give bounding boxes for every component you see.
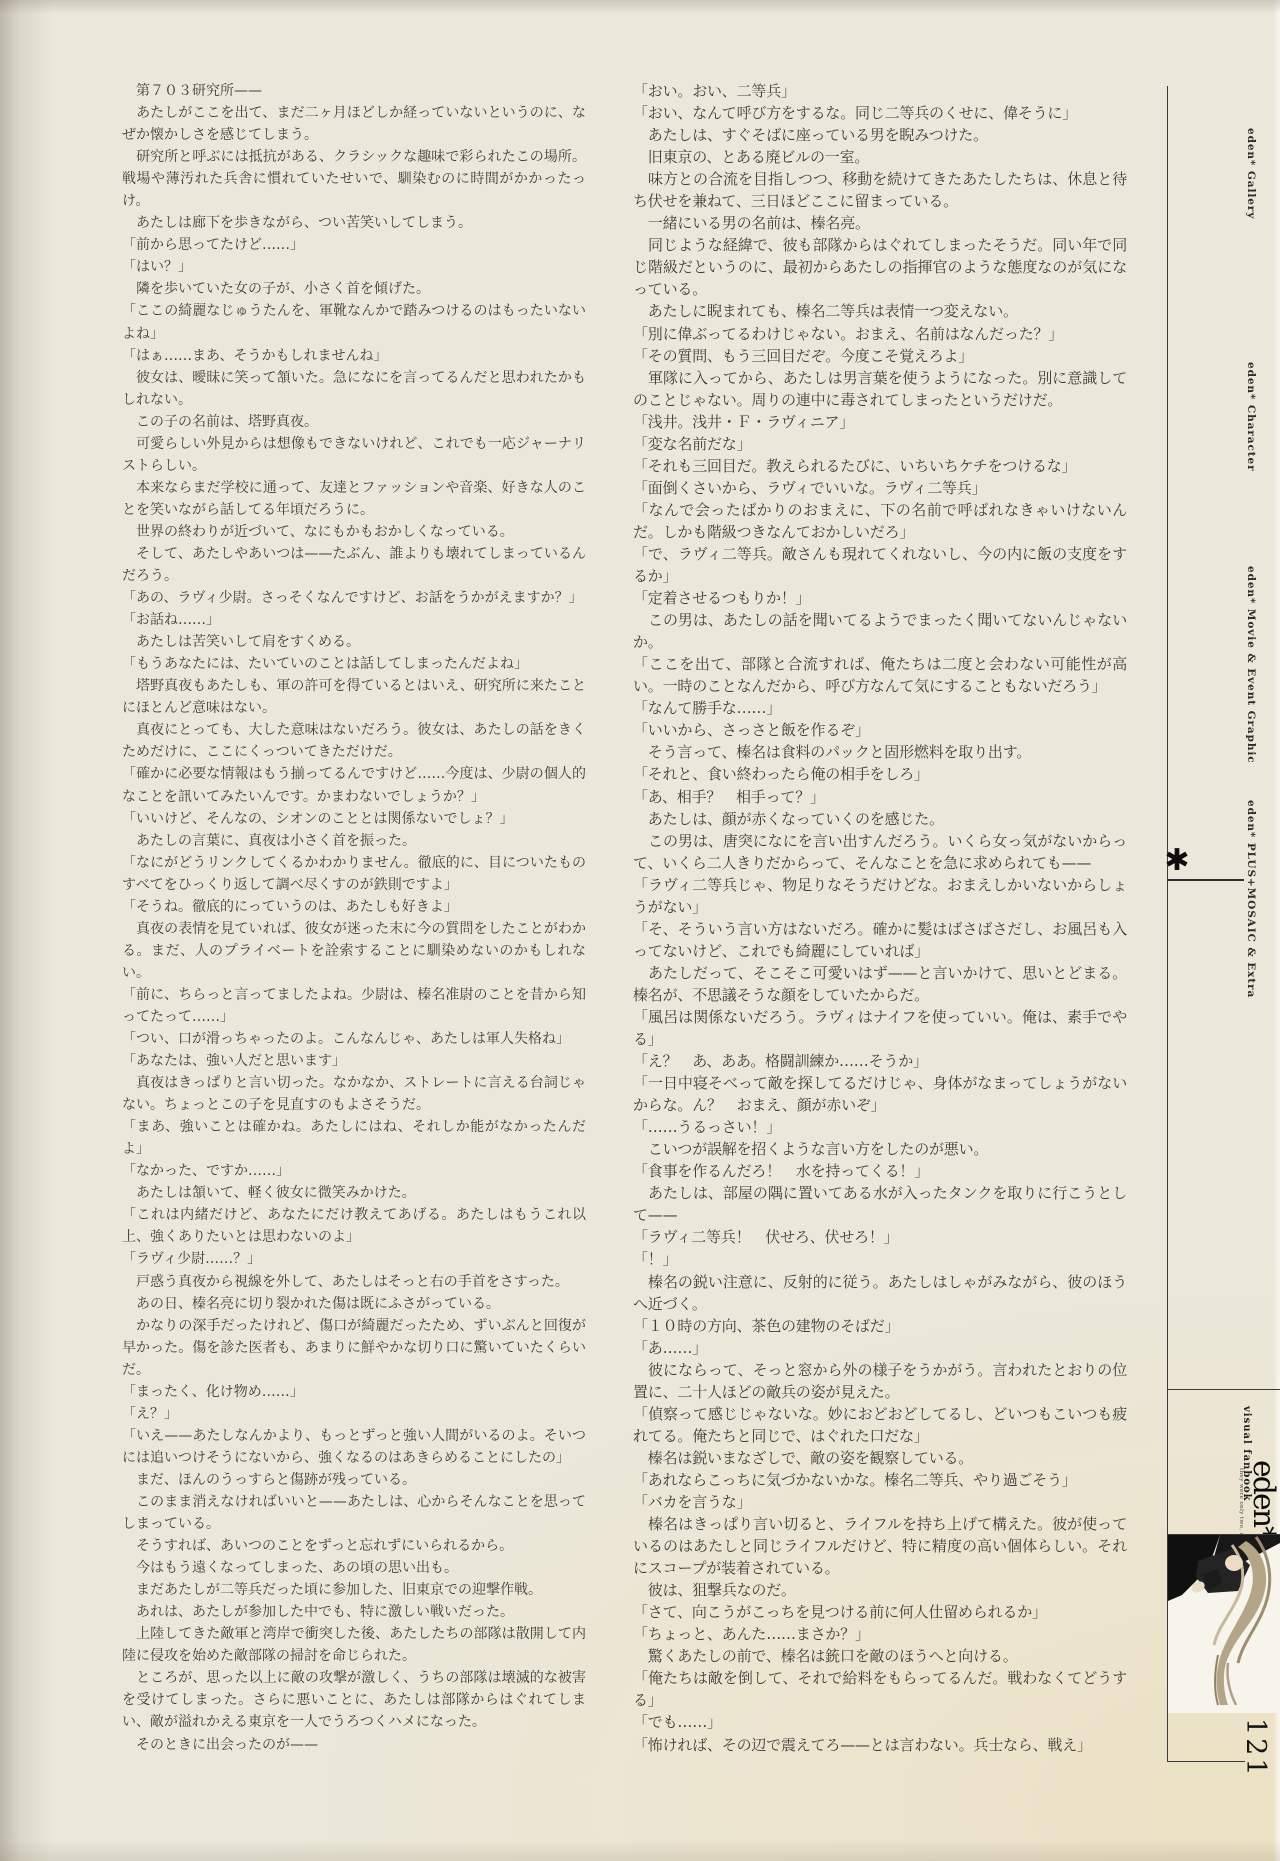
story-paragraph: そうすれば、あいつのことをずっと忘れずにいられるから。 bbox=[122, 1535, 586, 1557]
story-paragraph: あたしの言葉に、真夜は小さく首を振った。 bbox=[122, 830, 586, 852]
story-paragraph: かなりの深手だったけれど、傷口が綺麗だったため、ずいぶんと回復が早かった。傷を診… bbox=[122, 1315, 586, 1381]
story-paragraph: 旧東京の、とある廃ビルの一室。 bbox=[633, 146, 1127, 168]
story-paragraph: 「１０時の方向、茶色の建物のそばだ」 bbox=[633, 1315, 1127, 1337]
story-paragraph: あの日、榛名亮に切り裂かれた傷は既にふさがっている。 bbox=[122, 1293, 586, 1315]
story-paragraph: 隣を歩いていた女の子が、小さく首を傾げた。 bbox=[122, 278, 586, 300]
story-paragraph: 味方との合流を目指しつつ、移動を続けてきたあたしたちは、休息と待ち伏せを兼ねて、… bbox=[633, 168, 1127, 212]
story-paragraph: この子の名前は、塔野真夜。 bbox=[122, 411, 586, 433]
story-paragraph: 「ちょっと、あんた……まさか？」 bbox=[633, 1623, 1127, 1645]
story-paragraph: 「そ、そういう言い方はないだろ。確かに髪はばさばさだし、お風呂も入ってないけど、… bbox=[633, 918, 1127, 962]
sidebar-section-label: eden* Gallery bbox=[1245, 128, 1257, 219]
story-paragraph: 軍隊に入ってから、あたしは男言葉を使うようになった。別に意識してのことじゃない。… bbox=[633, 367, 1127, 411]
story-paragraph: 「あ……」 bbox=[633, 1337, 1127, 1359]
story-paragraph: 「まあ、強いことは確かね。あたしにはね、それしか能がなかったんだよ」 bbox=[122, 1116, 586, 1160]
story-paragraph: 「いいけど、そんなの、シオンのこととは関係ないでしょ？」 bbox=[122, 808, 586, 830]
story-paragraph: 「え？ あ、ああ。格闘訓練か……そうか」 bbox=[633, 1050, 1127, 1072]
story-paragraph: 「さて、向こうがこっちを見つける前に何人仕留められるか」 bbox=[633, 1601, 1127, 1623]
story-paragraph: あたしがここを出て、まだ二ヶ月ほどしか経っていないというのに、なぜか懐かしさを感… bbox=[122, 102, 586, 146]
book-page: 第７０３研究所—— あたしがここを出て、まだ二ヶ月ほどしか経っていないというのに… bbox=[0, 0, 1280, 1861]
story-paragraph: 一緒にいる男の名前は、榛名亮。 bbox=[633, 212, 1127, 234]
story-paragraph: あたしは廊下を歩きながら、つい苦笑いしてしまう。 bbox=[122, 212, 586, 234]
story-paragraph: 「あの、ラヴィ少尉。さっそくなんですけど、お話をうかがえますか？」 bbox=[122, 587, 586, 609]
story-paragraph: そう言って、榛名は食料のパックと固形燃料を取り出す。 bbox=[633, 741, 1127, 763]
story-paragraph: 世界の終わりが近づいて、なにもかもおかしくなっている。 bbox=[122, 521, 586, 543]
story-paragraph: 「ここの綺麗なじゅうたんを、軍靴なんかで踏みつけるのはもったいないよね」 bbox=[122, 300, 586, 344]
footer-divider-bottom bbox=[1167, 1761, 1245, 1762]
story-paragraph: 「前に、ちらっと言ってましたよね。少尉は、榛名准尉のことを昔から知ってたって……… bbox=[122, 984, 586, 1028]
story-paragraph: 「……うるっさい！」 bbox=[633, 1116, 1127, 1138]
story-paragraph: 真夜はきっぱりと言い切った。なかなか、ストレートに言える台詞じゃない。ちょっとこ… bbox=[122, 1072, 586, 1116]
story-paragraph: 「怖ければ、その辺で震えてろ——とは言わない。兵士なら、戦え」 bbox=[633, 1734, 1127, 1756]
story-paragraph: 「おい。おい、二等兵」 bbox=[633, 80, 1127, 102]
eden-logo: eden* bbox=[1246, 1460, 1280, 1539]
story-paragraph: 「面倒くさいから、ラヴィでいいな。ラヴィ二等兵」 bbox=[633, 477, 1127, 499]
story-paragraph: 「前から思ってたけど……」 bbox=[122, 234, 586, 256]
sidebar-section-label: eden* Character bbox=[1245, 362, 1257, 472]
sidebar-rule bbox=[1167, 86, 1168, 1762]
story-paragraph: 榛名の鋭い注意に、反射的に従う。あたしはしゃがみながら、彼のほうへ近づく。 bbox=[633, 1271, 1127, 1315]
story-paragraph: 「！」 bbox=[633, 1248, 1127, 1270]
story-paragraph: 「偵察って感じじゃないな。妙におどおどしてるし、どいつもこいつも疲れてる。俺たち… bbox=[633, 1403, 1127, 1447]
story-paragraph: 「なかった、ですか……」 bbox=[122, 1160, 586, 1182]
story-paragraph: 「なんで会ったばかりのおまえに、下の名前で呼ばれなきゃいけないんだ。しかも階級つ… bbox=[633, 499, 1127, 543]
story-paragraph: 研究所と呼ぶには抵抗がある、クラシックな趣味で彩られたこの場所。戦場や薄汚れた兵… bbox=[122, 146, 586, 212]
story-paragraph: まだ、ほんのうっすらと傷跡が残っている。 bbox=[122, 1469, 586, 1491]
story-paragraph: あたしは、顔が赤くなっていくのを感じた。 bbox=[633, 808, 1127, 830]
story-paragraph: 「一日中寝そべって敵を探してるだけじゃ、身体がなまってしょうがないからな。ん？ … bbox=[633, 1072, 1127, 1116]
story-paragraph: 榛名はきっぱり言い切ると、ライフルを持ち上げて構えた。彼が使っているのはあたしと… bbox=[633, 1513, 1127, 1579]
story-right-column: 「おい。おい、二等兵」「おい、なんて呼び方をするな。同じ二等兵のくせに、偉そうに… bbox=[633, 80, 1127, 1756]
story-paragraph: あたしは頷いて、軽く彼女に微笑みかけた。 bbox=[122, 1182, 586, 1204]
page-number: 121 bbox=[1240, 1718, 1271, 1779]
story-paragraph: 「もうあなたには、たいていのことは話してしまったんだよね」 bbox=[122, 653, 586, 675]
story-paragraph: 「風呂は関係ないだろう。ラヴィはナイフを使っていい。俺は、素手でやる」 bbox=[633, 1006, 1127, 1050]
story-paragraph: 「なにがどうリンクしてくるかわかりません。徹底的に、目についたものすべてをひっく… bbox=[122, 852, 586, 896]
story-paragraph: 「その質問、もう三回目だぞ。今度こそ覚えろよ」 bbox=[633, 345, 1127, 367]
story-paragraph: 「ラヴィ二等兵！ 伏せろ、伏せろ！」 bbox=[633, 1226, 1127, 1248]
story-paragraph: 「別に偉ぶってるわけじゃない。おまえ、名前はなんだった？」 bbox=[633, 323, 1127, 345]
story-paragraph: 驚くあたしの前で、榛名は銃口を敵のほうへと向ける。 bbox=[633, 1645, 1127, 1667]
story-paragraph: 真夜の表情を見ていれば、彼女が迷った末に今の質問をしたことがわかる。まだ、人のプ… bbox=[122, 918, 586, 984]
story-paragraph: 彼女は、曖昧に笑って頷いた。急になにを言ってるんだと思われたかもしれない。 bbox=[122, 367, 586, 411]
story-paragraph: 「定着させるつもりか！」 bbox=[633, 587, 1127, 609]
story-paragraph: この男は、あたしの話を聞いてるようでまったく聞いてないんじゃないか。 bbox=[633, 609, 1127, 653]
story-paragraph: まだあたしが二等兵だった頃に参加した、旧東京での迎撃作戦。 bbox=[122, 1579, 586, 1601]
story-paragraph: あたしに睨まれても、榛名二等兵は表情一つ変えない。 bbox=[633, 300, 1127, 322]
story-paragraph: 今はもう遠くなってしまった、あの頃の思い出も。 bbox=[122, 1557, 586, 1579]
sidebar-section-label: eden* Movie & Event Graphic bbox=[1245, 566, 1257, 764]
story-paragraph: 「ラヴィ少尉……？」 bbox=[122, 1248, 586, 1270]
story-paragraph: 同じような経緯で、彼も部隊からはぐれてしまったそうだ。同い年で同じ階級だというの… bbox=[633, 234, 1127, 300]
active-section-marker-icon: ✱ bbox=[1161, 844, 1193, 878]
story-paragraph: 「これは内緒だけど、あなたにだけ教えてあげる。あたしはもうこれ以上、強くありたい… bbox=[122, 1204, 586, 1248]
story-paragraph: 「いいから、さっさと飯を作るぞ」 bbox=[633, 719, 1127, 741]
story-paragraph: あたしは、部屋の隅に置いてある水が入ったタンクを取りに行こうとして—— bbox=[633, 1182, 1127, 1226]
story-paragraph: 「俺たちは敵を倒して、それで給料をもらってるんだ。戦わなくてどうする」 bbox=[633, 1667, 1127, 1711]
story-paragraph: こいつが誤解を招くような言い方をしたのが悪い。 bbox=[633, 1138, 1127, 1160]
story-paragraph: 榛名は鋭いまなざしで、敵の姿を観察している。 bbox=[633, 1447, 1127, 1469]
story-paragraph: 「はい？」 bbox=[122, 256, 586, 278]
story-paragraph: 塔野真夜もあたしも、軍の許可を得ているとはいえ、研究所に来たことにほとんど意味は… bbox=[122, 675, 586, 719]
story-paragraph: 「ラヴィ二等兵じゃ、物足りなそうだけどな。おまえしかいないからしょうがない」 bbox=[633, 874, 1127, 918]
story-paragraph: 上陸してきた敵軍と湾岸で衝突した後、あたしたちの部隊は散開して内陸に侵攻を始めた… bbox=[122, 1623, 586, 1667]
story-paragraph: 戸惑う真夜から視線を外して、あたしはそっと右の手首をさすった。 bbox=[122, 1271, 586, 1293]
story-paragraph: 「え？」 bbox=[122, 1403, 586, 1425]
story-paragraph: 「でも……」 bbox=[633, 1711, 1127, 1733]
story-paragraph: 「あ、相手？ 相手って？」 bbox=[633, 786, 1127, 808]
story-paragraph: 「お話ね……」 bbox=[122, 609, 586, 631]
story-paragraph: 「浅井。浅井・Ｆ・ラヴィニア」 bbox=[633, 411, 1127, 433]
story-paragraph: 「あれならこっちに気づかないかな。榛名二等兵、やり過ごそう」 bbox=[633, 1469, 1127, 1491]
story-paragraph: この男は、唐突になにを言い出すんだろう。いくら女っ気がないからって、いくら二人き… bbox=[633, 830, 1127, 874]
story-left-column: 第７０３研究所—— あたしがここを出て、まだ二ヶ月ほどしか経っていないというのに… bbox=[122, 80, 586, 1756]
story-paragraph: 「まったく、化け物め……」 bbox=[122, 1381, 586, 1403]
story-paragraph: 「あなたは、強い人だと思います」 bbox=[122, 1050, 586, 1072]
active-section-marker-line bbox=[1168, 879, 1244, 881]
story-paragraph: 第７０３研究所—— bbox=[122, 80, 586, 102]
story-paragraph: 可愛らしい外見からは想像もできないけれど、これでも一応ジャーナリストらしい。 bbox=[122, 433, 586, 477]
story-paragraph: 彼にならって、そっと窓から外の様子をうかがう。言われたとおりの位置に、二十人ほど… bbox=[633, 1359, 1127, 1403]
story-paragraph: あれは、あたしが参加した中でも、特に激しい戦いだった。 bbox=[122, 1601, 586, 1623]
story-paragraph: 「それと、食い終わったら俺の相手をしろ」 bbox=[633, 763, 1127, 785]
story-paragraph: あたしだって、そこそこ可愛いはず——と言いかけて、思いとどまる。榛名が、不思議そ… bbox=[633, 962, 1127, 1006]
story-paragraph: あたしは苦笑いして肩をすくめる。 bbox=[122, 631, 586, 653]
story-paragraph: ところが、思った以上に敵の攻撃が激しく、うちの部隊は壊滅的な被害を受けてしまった… bbox=[122, 1667, 586, 1733]
story-paragraph: 「ここを出て、部隊と合流すれば、俺たちは二度と会わない可能性が高い。一時のことな… bbox=[633, 653, 1127, 697]
story-paragraph: 彼は、狙撃兵なのだ。 bbox=[633, 1579, 1127, 1601]
story-paragraph: そのときに出会ったのが—— bbox=[122, 1734, 586, 1756]
footer-divider-top bbox=[1167, 1389, 1280, 1390]
sidebar-section-label: eden* PLUS+MOSAIC & Extra bbox=[1245, 800, 1257, 998]
story-paragraph: 「いえ——あたしなんかより、もっとずっと強い人間がいるのよ。そいつには追いつけそ… bbox=[122, 1425, 586, 1469]
story-paragraph: 「確かに必要な情報はもう揃ってるんですけど……今度は、少尉の個人的なことを訊いて… bbox=[122, 763, 586, 807]
story-paragraph: 「それも三回目だ。教えられるたびに、いちいちケチをつけるな」 bbox=[633, 455, 1127, 477]
story-paragraph: 本来ならまだ学校に通って、友達とファッションや音楽、好きな人のことを笑いながら話… bbox=[122, 477, 586, 521]
story-paragraph: 「バカを言うな」 bbox=[633, 1491, 1127, 1513]
story-paragraph: 「なんて勝手な……」 bbox=[633, 697, 1127, 719]
character-artwork bbox=[1168, 1535, 1280, 1713]
story-paragraph: あたしは、すぐそばに座っている男を睨みつけた。 bbox=[633, 124, 1127, 146]
story-paragraph: 「はぁ……まあ、そうかもしれませんね」 bbox=[122, 345, 586, 367]
story-paragraph: このまま消えなければいいと——あたしは、心からそんなことを思ってしまっている。 bbox=[122, 1491, 586, 1535]
story-paragraph: 「で、ラヴィ二等兵。敵さんも現れてくれないし、今の内に飯の支度をするか」 bbox=[633, 543, 1127, 587]
story-paragraph: そして、あたしやあいつは——たぶん、誰よりも壊れてしまっているんだろう。 bbox=[122, 543, 586, 587]
story-paragraph: 「そうね。徹底的にっていうのは、あたしも好きよ」 bbox=[122, 896, 586, 918]
story-paragraph: 真夜にとっても、大した意味はないだろう。彼女は、あたしの話をきくためだけに、ここ… bbox=[122, 719, 586, 763]
story-paragraph: 「おい、なんて呼び方をするな。同じ二等兵のくせに、偉そうに」 bbox=[633, 102, 1127, 124]
story-paragraph: 「食事を作るんだろ！ 水を持ってくる！」 bbox=[633, 1160, 1127, 1182]
story-paragraph: 「変な名前だな」 bbox=[633, 433, 1127, 455]
story-paragraph: 「つい、口が滑っちゃったのよ。こんなんじゃ、あたしは軍人失格ね」 bbox=[122, 1028, 586, 1050]
